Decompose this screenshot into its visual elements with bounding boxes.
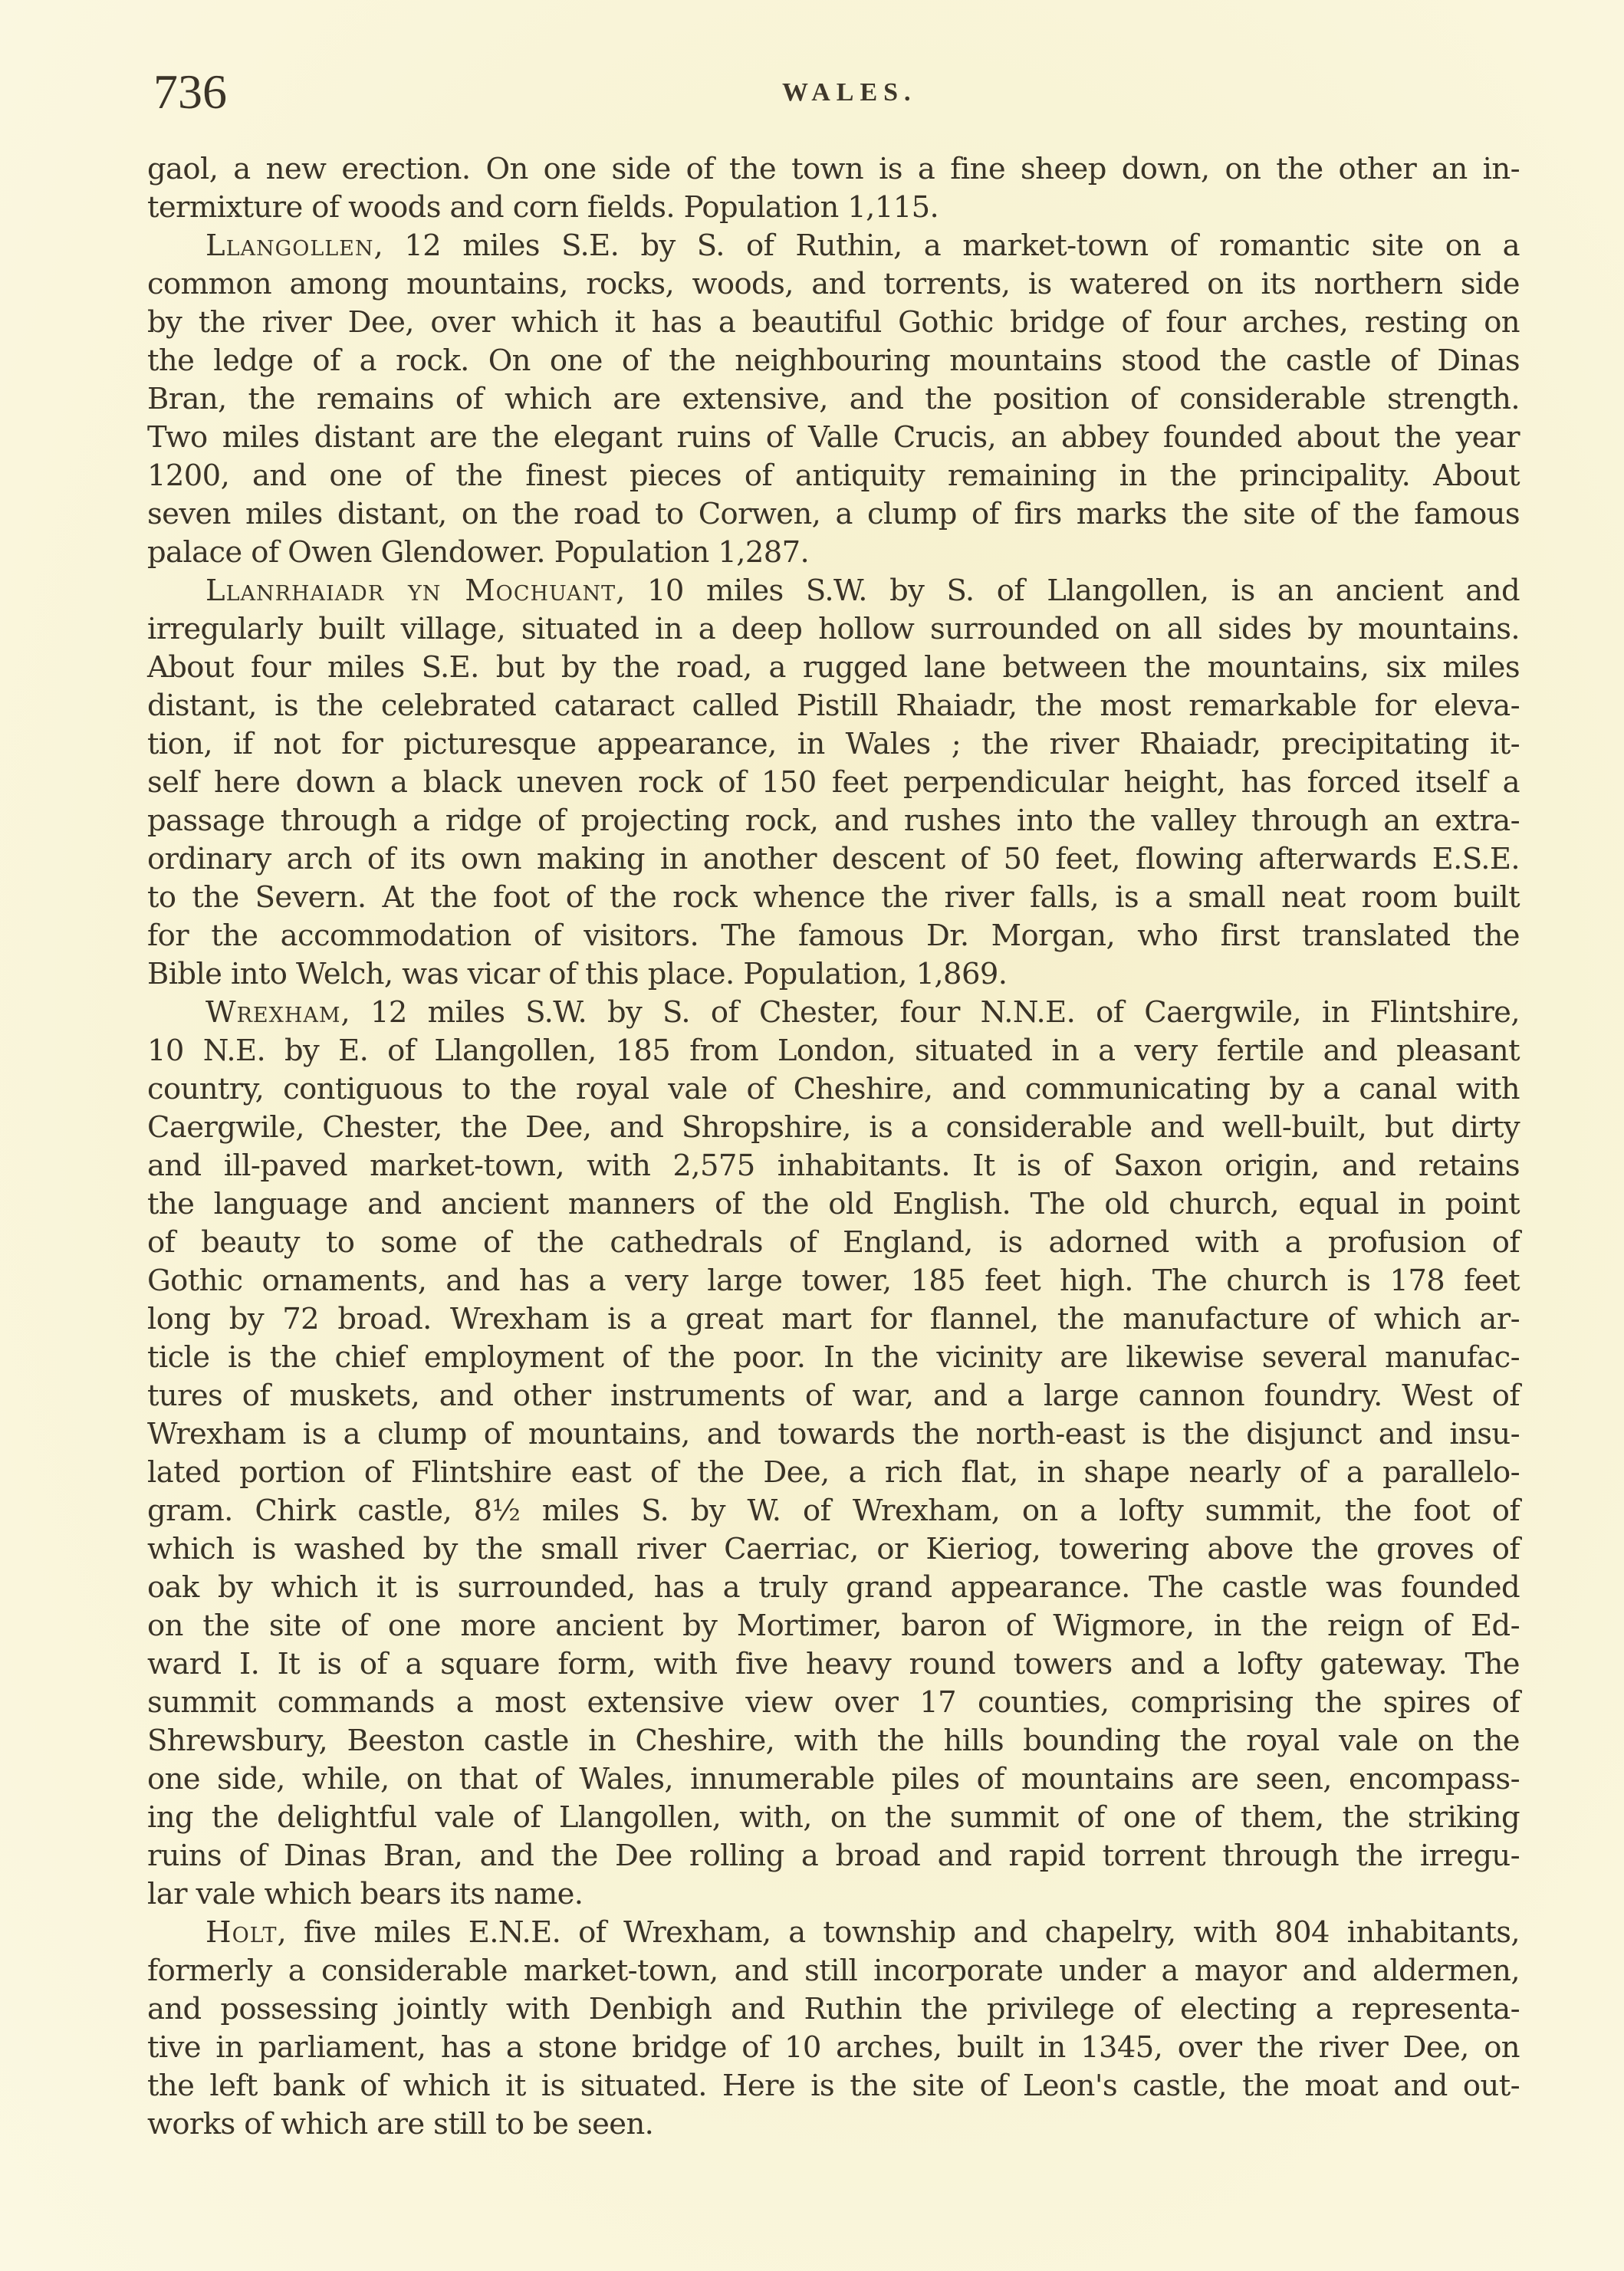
text-line: self here down a black uneven rock of 15…: [147, 764, 1520, 802]
paragraph-wrexham: Wrexham, 12 miles S.W. by S. of Chester,…: [147, 994, 1520, 1914]
text-line: by the river Dee, over which it has a be…: [147, 304, 1520, 342]
text-line: the ledge of a rock. On one of the neigh…: [147, 342, 1520, 380]
text-line: lated portion of Flintshire east of the …: [147, 1454, 1520, 1492]
entry-heading: Holt: [205, 1915, 277, 1950]
text-line: seven miles distant, on the road to Corw…: [147, 495, 1520, 534]
text-line: Gothic ornaments, and has a very large t…: [147, 1262, 1520, 1300]
text-line: and ill-paved market-town, with 2,575 in…: [147, 1147, 1520, 1185]
text-line: on the site of one more ancient by Morti…: [147, 1607, 1520, 1645]
text-line: distant, is the celebrated cataract call…: [147, 687, 1520, 725]
text-line: gram. Chirk castle, 8½ miles S. by W. of…: [147, 1492, 1520, 1530]
text-line: Wrexham, 12 miles S.W. by S. of Chester,…: [147, 994, 1520, 1032]
running-head: WALES.: [782, 80, 917, 106]
text-line: ruins of Dinas Bran, and the Dee rolling…: [147, 1837, 1520, 1875]
text-line: oak by which it is surrounded, has a tru…: [147, 1569, 1520, 1607]
text-line: to the Severn. At the foot of the rock w…: [147, 879, 1520, 917]
text-line: long by 72 broad. Wrexham is a great mar…: [147, 1300, 1520, 1339]
text-line: of beauty to some of the cathedrals of E…: [147, 1224, 1520, 1262]
text-line: tion, if not for picturesque appearance,…: [147, 725, 1520, 764]
text-line: 10 N.E. by E. of Llangollen, 185 from Lo…: [147, 1032, 1520, 1070]
text-line: tive in parliament, has a stone bridge o…: [147, 2029, 1520, 2067]
text-line: palace of Owen Glendower. Population 1,2…: [147, 534, 1520, 572]
text-line: ordinary arch of its own making in anoth…: [147, 840, 1520, 879]
body-text: gaol, a new erection. On one side of the…: [147, 150, 1520, 2144]
book-page: 736 WALES. gaol, a new erection. On one …: [0, 0, 1624, 2271]
text-line: formerly a considerable market-town, and…: [147, 1952, 1520, 1990]
text-line: passage through a ridge of projecting ro…: [147, 802, 1520, 840]
entry-heading: Llangollen: [205, 228, 374, 263]
text-line: About four miles S.E. but by the road, a…: [147, 649, 1520, 687]
text-line: Two miles distant are the elegant ruins …: [147, 419, 1520, 457]
text-line: termixture of woods and corn fields. Pop…: [147, 189, 1520, 227]
text-line: the language and ancient manners of the …: [147, 1185, 1520, 1224]
text-line: 1200, and one of the finest pieces of an…: [147, 457, 1520, 495]
text-line: ing the delightful vale of Llangollen, w…: [147, 1799, 1520, 1837]
paragraph-llangollen: Llangollen, 12 miles S.E. by S. of Ruthi…: [147, 227, 1520, 572]
text-line: lar vale which bears its name.: [147, 1875, 1520, 1914]
text-line: irregularly built village, situated in a…: [147, 610, 1520, 649]
paragraph-continuation: gaol, a new erection. On one side of the…: [147, 150, 1520, 227]
entry-heading: Llanrhaiadr yn Mochuant: [205, 574, 616, 608]
paragraph-holt: Holt, five miles E.N.E. of Wrexham, a to…: [147, 1914, 1520, 2144]
text-line: Bran, the remains of which are extensive…: [147, 380, 1520, 419]
text-line: Llangollen, 12 miles S.E. by S. of Ruthi…: [147, 227, 1520, 265]
text-line: for the accommodation of visitors. The f…: [147, 917, 1520, 955]
text-line: and possessing jointly with Denbigh and …: [147, 1990, 1520, 2029]
text-line: Wrexham is a clump of mountains, and tow…: [147, 1415, 1520, 1454]
text-line: Bible into Welch, was vicar of this plac…: [147, 955, 1520, 994]
text-line: Holt, five miles E.N.E. of Wrexham, a to…: [147, 1914, 1520, 1952]
text-line: summit commands a most extensive view ov…: [147, 1684, 1520, 1722]
text-line: Shrewsbury, Beeston castle in Cheshire, …: [147, 1722, 1520, 1760]
text-line: tures of muskets, and other instruments …: [147, 1377, 1520, 1415]
text-line: Caergwile, Chester, the Dee, and Shropsh…: [147, 1109, 1520, 1147]
text-line: gaol, a new erection. On one side of the…: [147, 150, 1520, 189]
entry-heading: Wrexham: [205, 995, 341, 1030]
text-line: works of which are still to be seen.: [147, 2105, 1520, 2144]
text-line: ticle is the chief employment of the poo…: [147, 1339, 1520, 1377]
text-line: which is washed by the small river Caerr…: [147, 1530, 1520, 1569]
text-line: Llanrhaiadr yn Mochuant, 10 miles S.W. b…: [147, 572, 1520, 610]
paragraph-llanrhaiadr: Llanrhaiadr yn Mochuant, 10 miles S.W. b…: [147, 572, 1520, 994]
page-number: 736: [153, 67, 227, 117]
text-line: the left bank of which it is situated. H…: [147, 2067, 1520, 2105]
text-line: one side, while, on that of Wales, innum…: [147, 1760, 1520, 1799]
text-line: common among mountains, rocks, woods, an…: [147, 265, 1520, 304]
text-line: ward I. It is of a square form, with fiv…: [147, 1645, 1520, 1684]
text-line: country, contiguous to the royal vale of…: [147, 1070, 1520, 1109]
